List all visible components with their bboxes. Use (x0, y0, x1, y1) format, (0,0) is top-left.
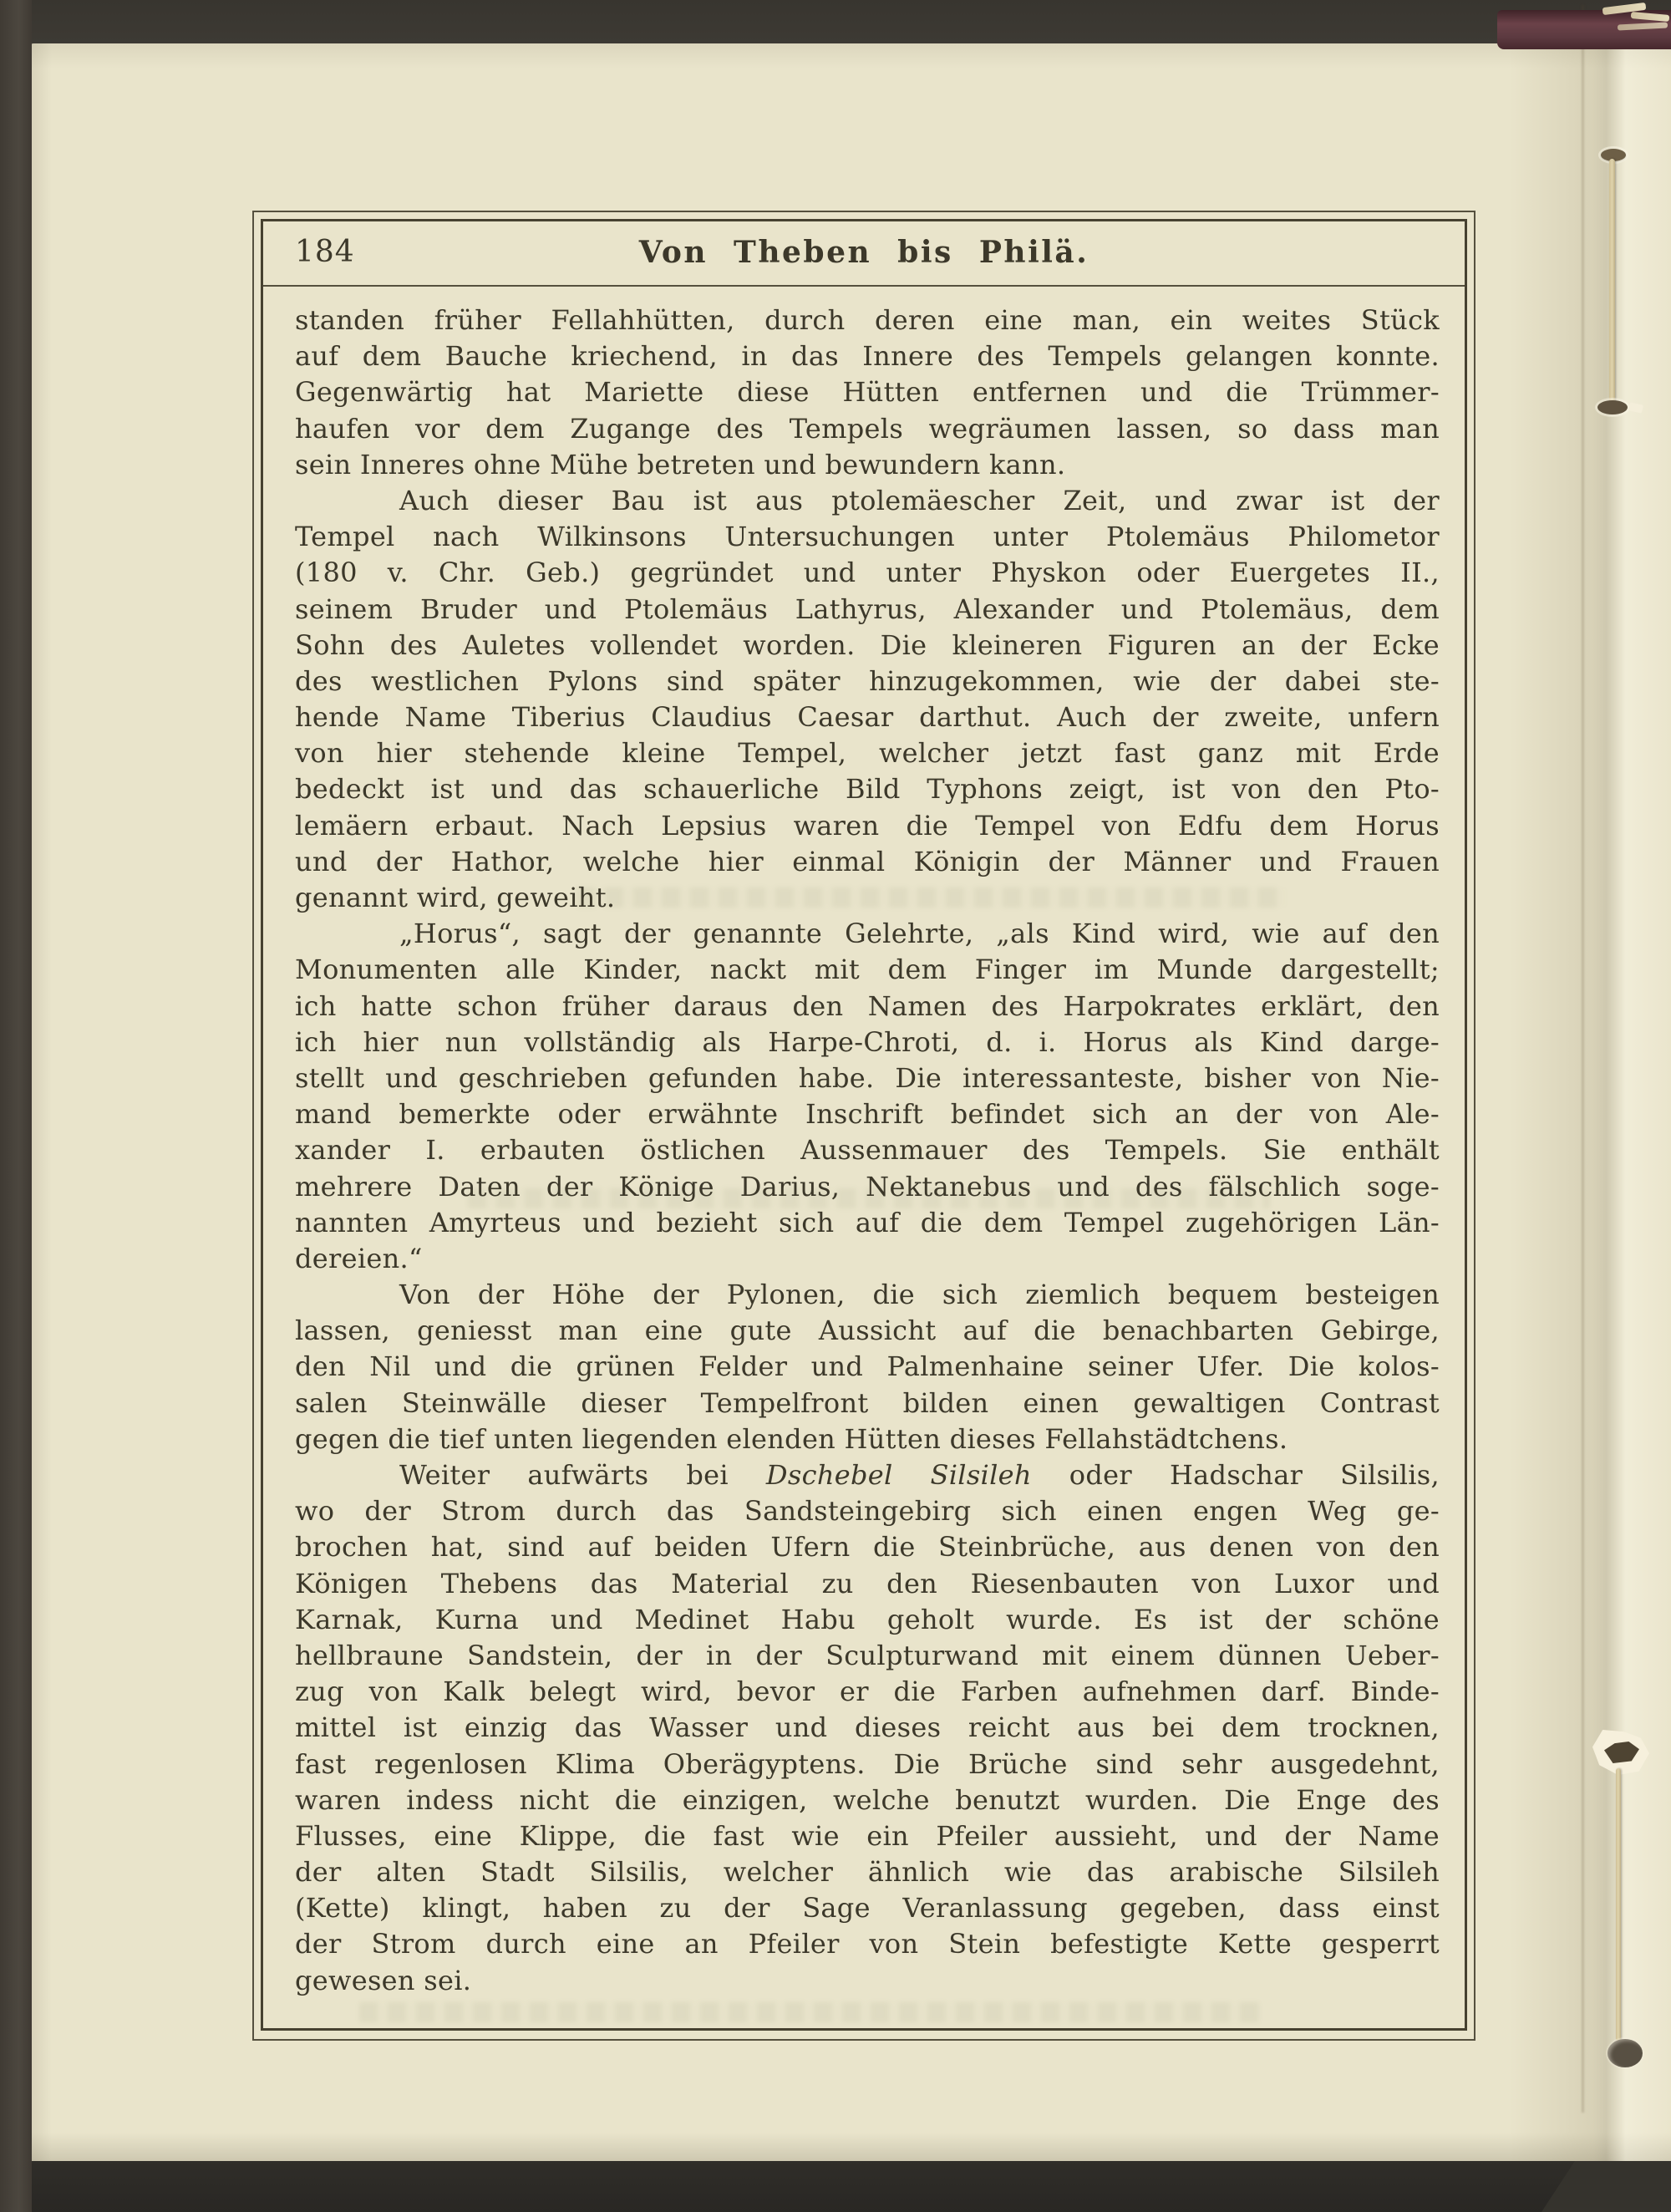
text-line: gewesen sei. (295, 1963, 1440, 1999)
binding-thread-bottom (1616, 1768, 1621, 2041)
text-line: mand bemerkte oder erwähnte Inschrift be… (295, 1096, 1440, 1132)
gutter-crease (1582, 5, 1584, 2113)
text-line: hellbraune Sandstein, der in der Sculptu… (295, 1638, 1440, 1674)
text-line: der alten Stadt Silsilis, welcher ähnlic… (295, 1854, 1440, 1890)
running-title: Von Theben bis Philä. (263, 235, 1465, 270)
text-line: Sohn des Auletes vollendet worden. Die k… (295, 628, 1440, 664)
text-line: mittel ist einzig das Wasser und dieses … (295, 1710, 1440, 1746)
text-line: ich hatte schon früher daraus den Namen … (295, 989, 1440, 1025)
page-text: standen früher Fellahhütten, durch deren… (263, 288, 1465, 1999)
text-line: Monumenten alle Kinder, nackt mit dem Fi… (295, 952, 1440, 988)
text-line: haufen vor dem Zugange des Tempels wegrä… (295, 411, 1440, 447)
page-frame-inner: 184 Von Theben bis Philä. standen früher… (261, 219, 1467, 2031)
text-line: gegen die tief unten liegenden elenden H… (295, 1421, 1440, 1457)
scan-backdrop-top (0, 0, 1671, 45)
text-line: Tempel nach Wilkinsons Untersuchungen un… (295, 519, 1440, 555)
text-line: auf dem Bauche kriechend, in das Innere … (295, 338, 1440, 374)
text-line: seinem Bruder und Ptolemäus Lathyrus, Al… (295, 592, 1440, 628)
text-line: nannten Amyrteus und bezieht sich auf di… (295, 1205, 1440, 1241)
text-line: Flusses, eine Klippe, die fast wie ein P… (295, 1818, 1440, 1854)
text-line: (Kette) klingt, haben zu der Sage Veranl… (295, 1890, 1440, 1926)
text-line: sein Inneres ohne Mühe betreten und bewu… (295, 447, 1440, 483)
text-line: mehrere Daten der Könige Darius, Nektane… (295, 1169, 1440, 1205)
text-line: waren indess nicht die einzigen, welche … (295, 1782, 1440, 1818)
text-line: der Strom durch eine an Pfeiler von Stei… (295, 1926, 1440, 1962)
scan-backdrop-left (0, 0, 32, 2212)
binding-thread-top (1609, 159, 1615, 403)
text-line: und der Hathor, welche hier einmal König… (295, 844, 1440, 880)
text-line: bedeckt ist und das schauerliche Bild Ty… (295, 771, 1440, 807)
text-line: „Horus“, sagt der genannte Gelehrte, „al… (295, 916, 1440, 952)
text-line: des westlichen Pylons sind später hinzug… (295, 664, 1440, 699)
stitch-hole (1608, 2039, 1643, 2067)
text-line: xander I. erbauten östlichen Aussenmauer… (295, 1132, 1440, 1168)
text-line: lassen, geniesst man eine gute Aussicht … (295, 1313, 1440, 1349)
text-line: von hier stehende kleine Tempel, welcher… (295, 735, 1440, 771)
gutter-fold (1509, 43, 1671, 2161)
page-header: 184 Von Theben bis Philä. (263, 221, 1465, 287)
text-line: zug von Kalk belegt wird, bevor er die F… (295, 1674, 1440, 1710)
text-line: stellt und geschrieben gefunden habe. Di… (295, 1060, 1440, 1096)
text-line: Karnak, Kurna und Medinet Habu geholt wu… (295, 1602, 1440, 1638)
book-scan: 184 Von Theben bis Philä. standen früher… (0, 0, 1671, 2212)
text-line: Weiter aufwärts bei Dschebel Silsileh od… (295, 1457, 1440, 1493)
text-line: lemäern erbaut. Nach Lepsius waren die T… (295, 808, 1440, 844)
scan-backdrop-bottom (0, 2159, 1671, 2212)
stitch-hole (1597, 400, 1628, 414)
text-line: (180 v. Chr. Geb.) gegründet und unter P… (295, 555, 1440, 591)
text-line: dereien.“ (295, 1241, 1440, 1277)
text-line: wo der Strom durch das Sandsteingebirg s… (295, 1493, 1440, 1529)
text-line: brochen hat, sind auf beiden Ufern die S… (295, 1529, 1440, 1565)
text-line: salen Steinwälle dieser Tempelfront bild… (295, 1386, 1440, 1421)
text-line: standen früher Fellahhütten, durch deren… (295, 303, 1440, 338)
text-line: Auch dieser Bau ist aus ptolemäescher Ze… (295, 483, 1440, 519)
text-line: fast regenlosen Klima Oberägyptens. Die … (295, 1747, 1440, 1782)
text-line: Gegenwärtig hat Mariette diese Hütten en… (295, 374, 1440, 410)
text-line: genannt wird, geweiht. (295, 880, 1440, 916)
text-line: den Nil und die grünen Felder und Palmen… (295, 1349, 1440, 1385)
text-line: Von der Höhe der Pylonen, die sich zieml… (295, 1277, 1440, 1313)
text-line: hende Name Tiberius Claudius Caesar dart… (295, 699, 1440, 735)
text-line: Königen Thebens das Material zu den Ries… (295, 1566, 1440, 1602)
text-line: ich hier nun vollständig als Harpe-Chrot… (295, 1025, 1440, 1060)
